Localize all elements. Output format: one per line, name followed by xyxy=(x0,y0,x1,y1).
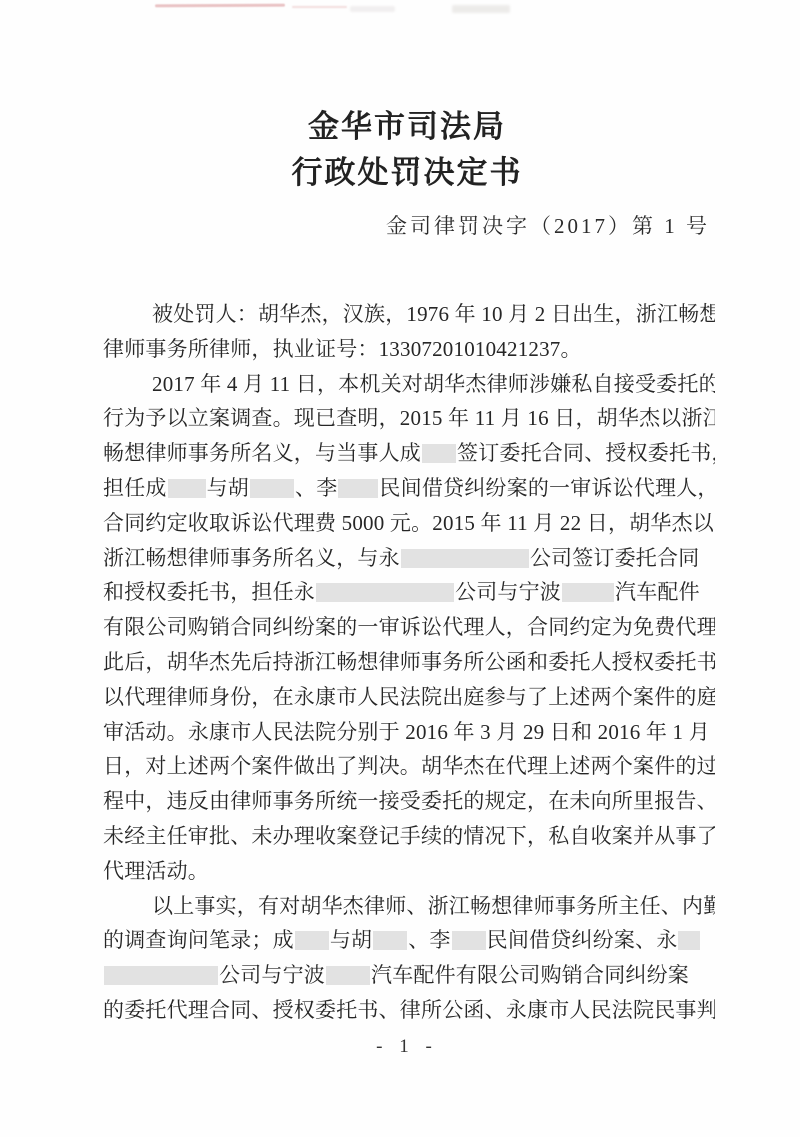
document-line: 未经主任审批、未办理收案登记手续的情况下，私自收案并从事了 xyxy=(103,819,715,854)
document-title-line1: 金华市司法局 xyxy=(104,110,710,144)
document-number: 金司律罚决字（2017）第 1 号 xyxy=(104,210,710,240)
text-segment: 被处罚人：胡华杰，汉族，1976 年 10 月 2 日出生，浙江畅想 xyxy=(152,302,715,326)
document-line: 的调查询问笔录；成与胡、李民间借贷纠纷案、永 xyxy=(103,923,715,958)
text-segment: 和授权委托书，担任永 xyxy=(103,580,315,604)
redaction-box xyxy=(562,583,614,602)
document-line: 畅想律师事务所名义，与当事人成签订委托合同、授权委托书， xyxy=(103,436,715,471)
document-line: 2017 年 4 月 11 日，本机关对胡华杰律师涉嫌私自接受委托的 xyxy=(103,367,715,402)
text-segment: 公司签订委托合同 xyxy=(530,546,700,570)
redaction-box xyxy=(452,931,486,950)
redaction-box xyxy=(250,479,294,498)
document-line: 浙江畅想律师事务所名义，与永公司签订委托合同 xyxy=(103,541,715,576)
text-segment: 有限公司购销合同纠纷案的一审诉讼代理人，合同约定为免费代理。 xyxy=(103,615,715,639)
text-segment: 以上事实，有对胡华杰律师、浙江畅想律师事务所主任、内勤 xyxy=(152,894,715,918)
text-segment: 签订委托合同、授权委托书， xyxy=(457,441,715,465)
document-line: 律师事务所律师，执业证号：13307201010421237。 xyxy=(103,332,715,367)
redaction-box xyxy=(422,444,456,463)
text-segment: 律师事务所律师，执业证号：13307201010421237。 xyxy=(103,337,582,361)
document-line: 被处罚人：胡华杰，汉族，1976 年 10 月 2 日出生，浙江畅想 xyxy=(103,297,715,332)
text-segment: 畅想律师事务所名义，与当事人成 xyxy=(103,441,421,465)
document-line: 和授权委托书，担任永公司与宁波汽车配件 xyxy=(103,575,715,610)
scan-smudge xyxy=(350,6,395,12)
redaction-box xyxy=(316,583,454,602)
document-title-line2: 行政处罚决定书 xyxy=(104,156,710,190)
text-segment: 代理活动。 xyxy=(103,859,209,883)
text-segment: 以代理律师身份，在永康市人民法院出庭参与了上述两个案件的庭 xyxy=(103,685,715,709)
document-line: 程中，违反由律师事务所统一接受委托的规定，在未向所里报告、 xyxy=(103,784,715,819)
text-segment: 、李 xyxy=(408,928,450,952)
text-segment: 、李 xyxy=(295,476,337,500)
document-line: 有限公司购销合同纠纷案的一审诉讼代理人，合同约定为免费代理。 xyxy=(103,610,715,645)
text-segment: 浙江畅想律师事务所名义，与永 xyxy=(103,546,400,570)
text-segment: 的委托代理合同、授权委托书、律所公函、永康市人民法院民事判 xyxy=(103,998,715,1022)
document-line: 审活动。永康市人民法院分别于 2016 年 3 月 29 日和 2016 年 1… xyxy=(103,715,715,750)
text-segment: 2017 年 4 月 11 日，本机关对胡华杰律师涉嫌私自接受委托的 xyxy=(152,372,715,396)
document-line: 行为予以立案调查。现已查明，2015 年 11 月 16 日，胡华杰以浙江 xyxy=(103,401,715,436)
text-segment: 此后，胡华杰先后持浙江畅想律师事务所公函和委托人授权委托书， xyxy=(103,650,715,674)
document-line: 公司与宁波汽车配件有限公司购销合同纠纷案 xyxy=(103,958,715,993)
redaction-box xyxy=(373,931,407,950)
redaction-box xyxy=(168,479,206,498)
document-line: 的委托代理合同、授权委托书、律所公函、永康市人民法院民事判 xyxy=(103,993,715,1028)
text-segment: 担任成 xyxy=(103,476,167,500)
document-line: 日，对上述两个案件做出了判决。胡华杰在代理上述两个案件的过 xyxy=(103,749,715,784)
scan-stamp-artifact xyxy=(292,6,347,8)
text-segment: 未经主任审批、未办理收案登记手续的情况下，私自收案并从事了 xyxy=(103,824,715,848)
text-segment: 民间借贷纠纷案、永 xyxy=(487,928,678,952)
scan-smudge xyxy=(452,5,510,13)
text-segment: 的调查询问笔录；成 xyxy=(103,928,294,952)
text-segment: 程中，违反由律师事务所统一接受委托的规定，在未向所里报告、 xyxy=(103,789,715,813)
document-line: 合同约定收取诉讼代理费 5000 元。2015 年 11 月 22 日，胡华杰以 xyxy=(103,506,715,541)
redaction-box xyxy=(104,966,218,985)
page-number: - 1 - xyxy=(104,1036,710,1058)
document-body: 被处罚人：胡华杰，汉族，1976 年 10 月 2 日出生，浙江畅想律师事务所律… xyxy=(103,297,715,1028)
text-segment: 公司与宁波 xyxy=(219,963,325,987)
redaction-box xyxy=(338,479,378,498)
text-segment: 公司与宁波 xyxy=(455,580,561,604)
document-line: 担任成与胡、李民间借贷纠纷案的一审诉讼代理人， xyxy=(103,471,715,506)
redaction-box xyxy=(326,966,370,985)
document-line: 以上事实，有对胡华杰律师、浙江畅想律师事务所主任、内勤 xyxy=(103,889,715,924)
document-page: 金华市司法局 行政处罚决定书 金司律罚决字（2017）第 1 号 被处罚人：胡华… xyxy=(0,0,800,1137)
text-segment: 民间借贷纠纷案的一审诉讼代理人， xyxy=(379,476,715,500)
text-segment: 与胡 xyxy=(207,476,249,500)
text-segment: 日，对上述两个案件做出了判决。胡华杰在代理上述两个案件的过 xyxy=(103,754,715,778)
scan-stamp-artifact xyxy=(155,4,285,8)
text-segment: 汽车配件 xyxy=(615,580,700,604)
document-line: 代理活动。 xyxy=(103,854,715,889)
text-segment: 审活动。永康市人民法院分别于 2016 年 3 月 29 日和 2016 年 1… xyxy=(103,720,715,744)
text-segment: 行为予以立案调查。现已查明，2015 年 11 月 16 日，胡华杰以浙江 xyxy=(103,406,715,430)
redaction-box xyxy=(401,549,529,568)
text-segment: 合同约定收取诉讼代理费 5000 元。2015 年 11 月 22 日，胡华杰以 xyxy=(103,511,714,535)
redaction-box xyxy=(678,931,700,950)
redaction-box xyxy=(295,931,329,950)
text-segment: 汽车配件有限公司购销合同纠纷案 xyxy=(371,963,689,987)
document-line: 此后，胡华杰先后持浙江畅想律师事务所公函和委托人授权委托书， xyxy=(103,645,715,680)
document-line: 以代理律师身份，在永康市人民法院出庭参与了上述两个案件的庭 xyxy=(103,680,715,715)
text-segment: 与胡 xyxy=(330,928,372,952)
